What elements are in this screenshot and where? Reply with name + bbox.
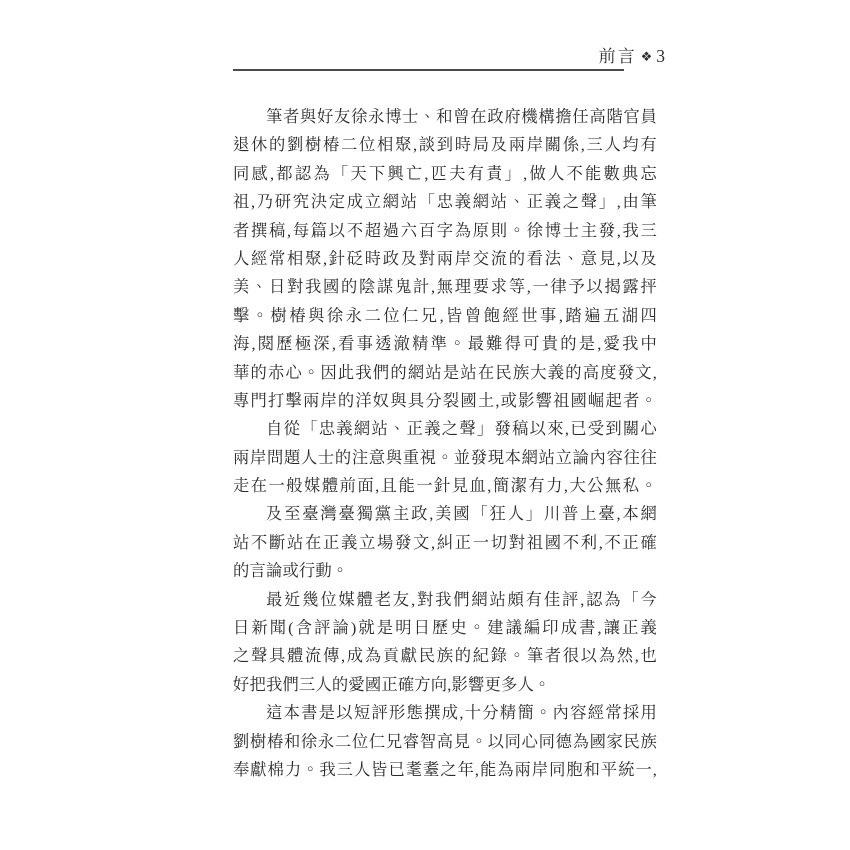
text-line: 美、日對我國的陰謀鬼計,無理要求等,一律予以揭露抨 <box>233 273 657 301</box>
text-line: 人經常相聚,針砭時政及對兩岸交流的看法、意見,以及 <box>233 245 657 273</box>
text-line: 奉獻棉力。我三人皆已耄耋之年,能為兩岸同胞和平統一, <box>233 756 657 784</box>
text-line: 海,閱歷極深,看事透澈精準。最難得可貴的是,愛我中 <box>233 330 657 358</box>
text-line: 筆者與好友徐永博士、和曾在政府機構擔任高階官員 <box>233 103 657 131</box>
text-line: 華的赤心。因此我們的網站是站在民族大義的高度發文, <box>233 359 657 387</box>
text-line: 之聲具體流傳,成為貢獻民族的紀錄。筆者很以為然,也 <box>233 642 657 670</box>
book-page: 前言❖3 筆者與好友徐永博士、和曾在政府機構擔任高階官員退休的劉樹椿二位相聚,談… <box>0 0 850 850</box>
text-line: 站不斷站在正義立場發文,糾正一切對祖國不利,不正確 <box>233 529 657 557</box>
body-text: 筆者與好友徐永博士、和曾在政府機構擔任高階官員退休的劉樹椿二位相聚,談到時局及兩… <box>233 103 657 784</box>
text-line: 這本書是以短評形態撰成,十分精簡。內容經常採用 <box>233 699 657 727</box>
text-line: 退休的劉樹椿二位相聚,談到時局及兩岸關係,三人均有 <box>233 131 657 159</box>
text-line: 好把我們三人的愛國正確方向,影響更多人。 <box>233 671 657 699</box>
text-line: 劉樹椿和徐永二位仁兄睿智高見。以同心同德為國家民族 <box>233 728 657 756</box>
text-line: 祖,乃研究決定成立網站「忠義網站、正義之聲」,由筆 <box>233 188 657 216</box>
text-line: 自從「忠義網站、正義之聲」發稿以來,已受到關心 <box>233 415 657 443</box>
text-line: 走在一般媒體前面,且能一針見血,簡潔有力,大公無私。 <box>233 472 657 500</box>
diamond-ornament-icon: ❖ <box>637 49 657 64</box>
text-line: 及至臺灣臺獨黨主政,美國「狂人」川普上臺,本網 <box>233 500 657 528</box>
page-number: 3 <box>656 46 665 66</box>
header-rule <box>233 69 624 71</box>
text-line: 兩岸問題人士的注意與重視。並發現本網站立論內容往往 <box>233 444 657 472</box>
text-line: 同感,都認為「天下興亡,匹夫有責」,做人不能數典忘 <box>233 160 657 188</box>
text-line: 最近幾位媒體老友,對我們網站頗有佳評,認為「今 <box>233 586 657 614</box>
text-line: 者撰稿,每篇以不超過六百字為原則。徐博士主發,我三 <box>233 217 657 245</box>
text-line: 日新聞(含評論)就是明日歷史。建議編印成書,讓正義 <box>233 614 657 642</box>
running-head: 前言❖3 <box>233 42 665 67</box>
running-head-title: 前言 <box>599 47 637 66</box>
text-line: 擊。樹椿與徐永二位仁兄,皆曾飽經世事,踏遍五湖四 <box>233 302 657 330</box>
text-line: 的言論或行動。 <box>233 557 657 585</box>
text-line: 專門打擊兩岸的洋奴與具分裂國土,或影響祖國崛起者。 <box>233 387 657 415</box>
